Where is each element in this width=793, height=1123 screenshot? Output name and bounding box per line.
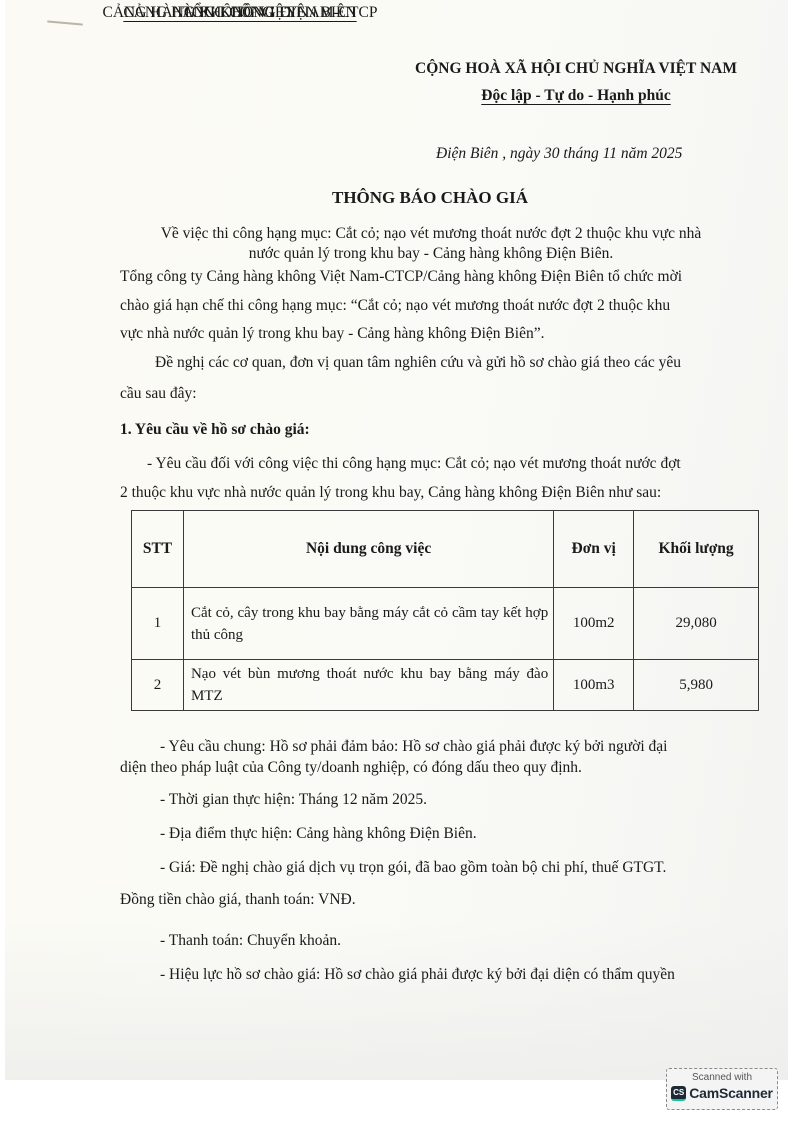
camscanner-watermark: Scanned with CS CamScanner — [666, 1068, 778, 1110]
document-title: THÔNG BÁO CHÀO GIÁ — [100, 188, 760, 208]
price-line-2: Đồng tiền chào giá, thanh toán: VNĐ. — [120, 891, 356, 909]
camscanner-brand: CS CamScanner — [667, 1085, 777, 1101]
national-title: CỘNG HOÀ XÃ HỘI CHỦ NGHĨA VIỆT NAM — [395, 60, 757, 78]
section-1-req-line-1: - Yêu cầu đối với công việc thi công hạn… — [147, 455, 681, 473]
cell-unit: 100m3 — [554, 660, 634, 711]
execution-time: - Thời gian thực hiện: Tháng 12 năm 2025… — [160, 791, 427, 809]
intro-line-1: Tổng công ty Cảng hàng không Việt Nam-CT… — [120, 268, 682, 286]
section-1-heading: 1. Yêu cầu về hồ sơ chào giá: — [120, 421, 310, 439]
org-unit-name: CẢNG HÀNG KHÔNG ĐIỆN BIÊN — [123, 4, 356, 21]
execution-location: - Địa điểm thực hiện: Cảng hàng không Đi… — [160, 825, 477, 843]
payment-method: - Thanh toán: Chuyển khoản. — [160, 932, 341, 950]
camscanner-name: CamScanner — [689, 1085, 773, 1101]
cell-quantity: 5,980 — [634, 660, 759, 711]
section-1-req-line-2: 2 thuộc khu vực nhà nước quản lý trong k… — [120, 484, 661, 502]
header-content: Nội dung công việc — [183, 511, 553, 588]
cell-unit: 100m2 — [554, 588, 634, 660]
subject-line-1: Về việc thi công hạng mục: Cắt cỏ; nạo v… — [100, 225, 762, 243]
cell-quantity: 29,080 — [634, 588, 759, 660]
header-stt: STT — [132, 511, 184, 588]
date-line: Điện Biên , ngày 30 tháng 11 năm 2025 — [436, 145, 682, 163]
request-line-2: cầu sau đây: — [120, 385, 197, 403]
general-requirement-line-1: - Yêu cầu chung: Hồ sơ phải đảm bảo: Hồ … — [160, 738, 667, 756]
subject-line-2: nước quản lý trong khu bay - Cảng hàng k… — [100, 245, 762, 263]
pen-mark — [47, 20, 83, 25]
work-items-table: STT Nội dung công việc Đơn vị Khối lượng… — [131, 510, 759, 711]
validity-line: - Hiệu lực hồ sơ chào giá: Hồ sơ chào gi… — [160, 966, 675, 984]
table-row: 1 Cắt cỏ, cây trong khu bay bằng máy cắt… — [132, 588, 759, 660]
header-quantity: Khối lượng — [634, 511, 759, 588]
cell-stt: 2 — [132, 660, 184, 711]
cell-content: Nạo vét bùn mương thoát nước khu bay bằn… — [183, 660, 553, 711]
request-line-1: Đề nghị các cơ quan, đơn vị quan tâm ngh… — [155, 354, 681, 372]
scanned-with-label: Scanned with — [667, 1072, 777, 1083]
header-unit: Đơn vị — [554, 511, 634, 588]
national-motto: Độc lập - Tự do - Hạnh phúc — [395, 87, 757, 105]
camscanner-logo-icon: CS — [671, 1086, 686, 1101]
cell-stt: 1 — [132, 588, 184, 660]
cell-content: Cắt cỏ, cây trong khu bay bằng máy cắt c… — [183, 588, 553, 660]
motto-text: Độc lập - Tự do - Hạnh phúc — [481, 87, 670, 104]
price-line-1: - Giá: Đề nghị chào giá dịch vụ trọn gói… — [160, 859, 666, 877]
table-row: 2 Nạo vét bùn mương thoát nước khu bay b… — [132, 660, 759, 711]
org-unit: CẢNG HÀNG KHÔNG ĐIỆN BIÊN — [80, 0, 400, 26]
general-requirement-line-2: diện theo pháp luật của Công ty/doanh ng… — [120, 759, 582, 777]
table-header-row: STT Nội dung công việc Đơn vị Khối lượng — [132, 511, 759, 588]
intro-line-2: chào giá hạn chế thi công hạng mục: “Cắt… — [120, 297, 670, 315]
intro-line-3: vực nhà nước quản lý trong khu bay - Cản… — [120, 325, 544, 343]
